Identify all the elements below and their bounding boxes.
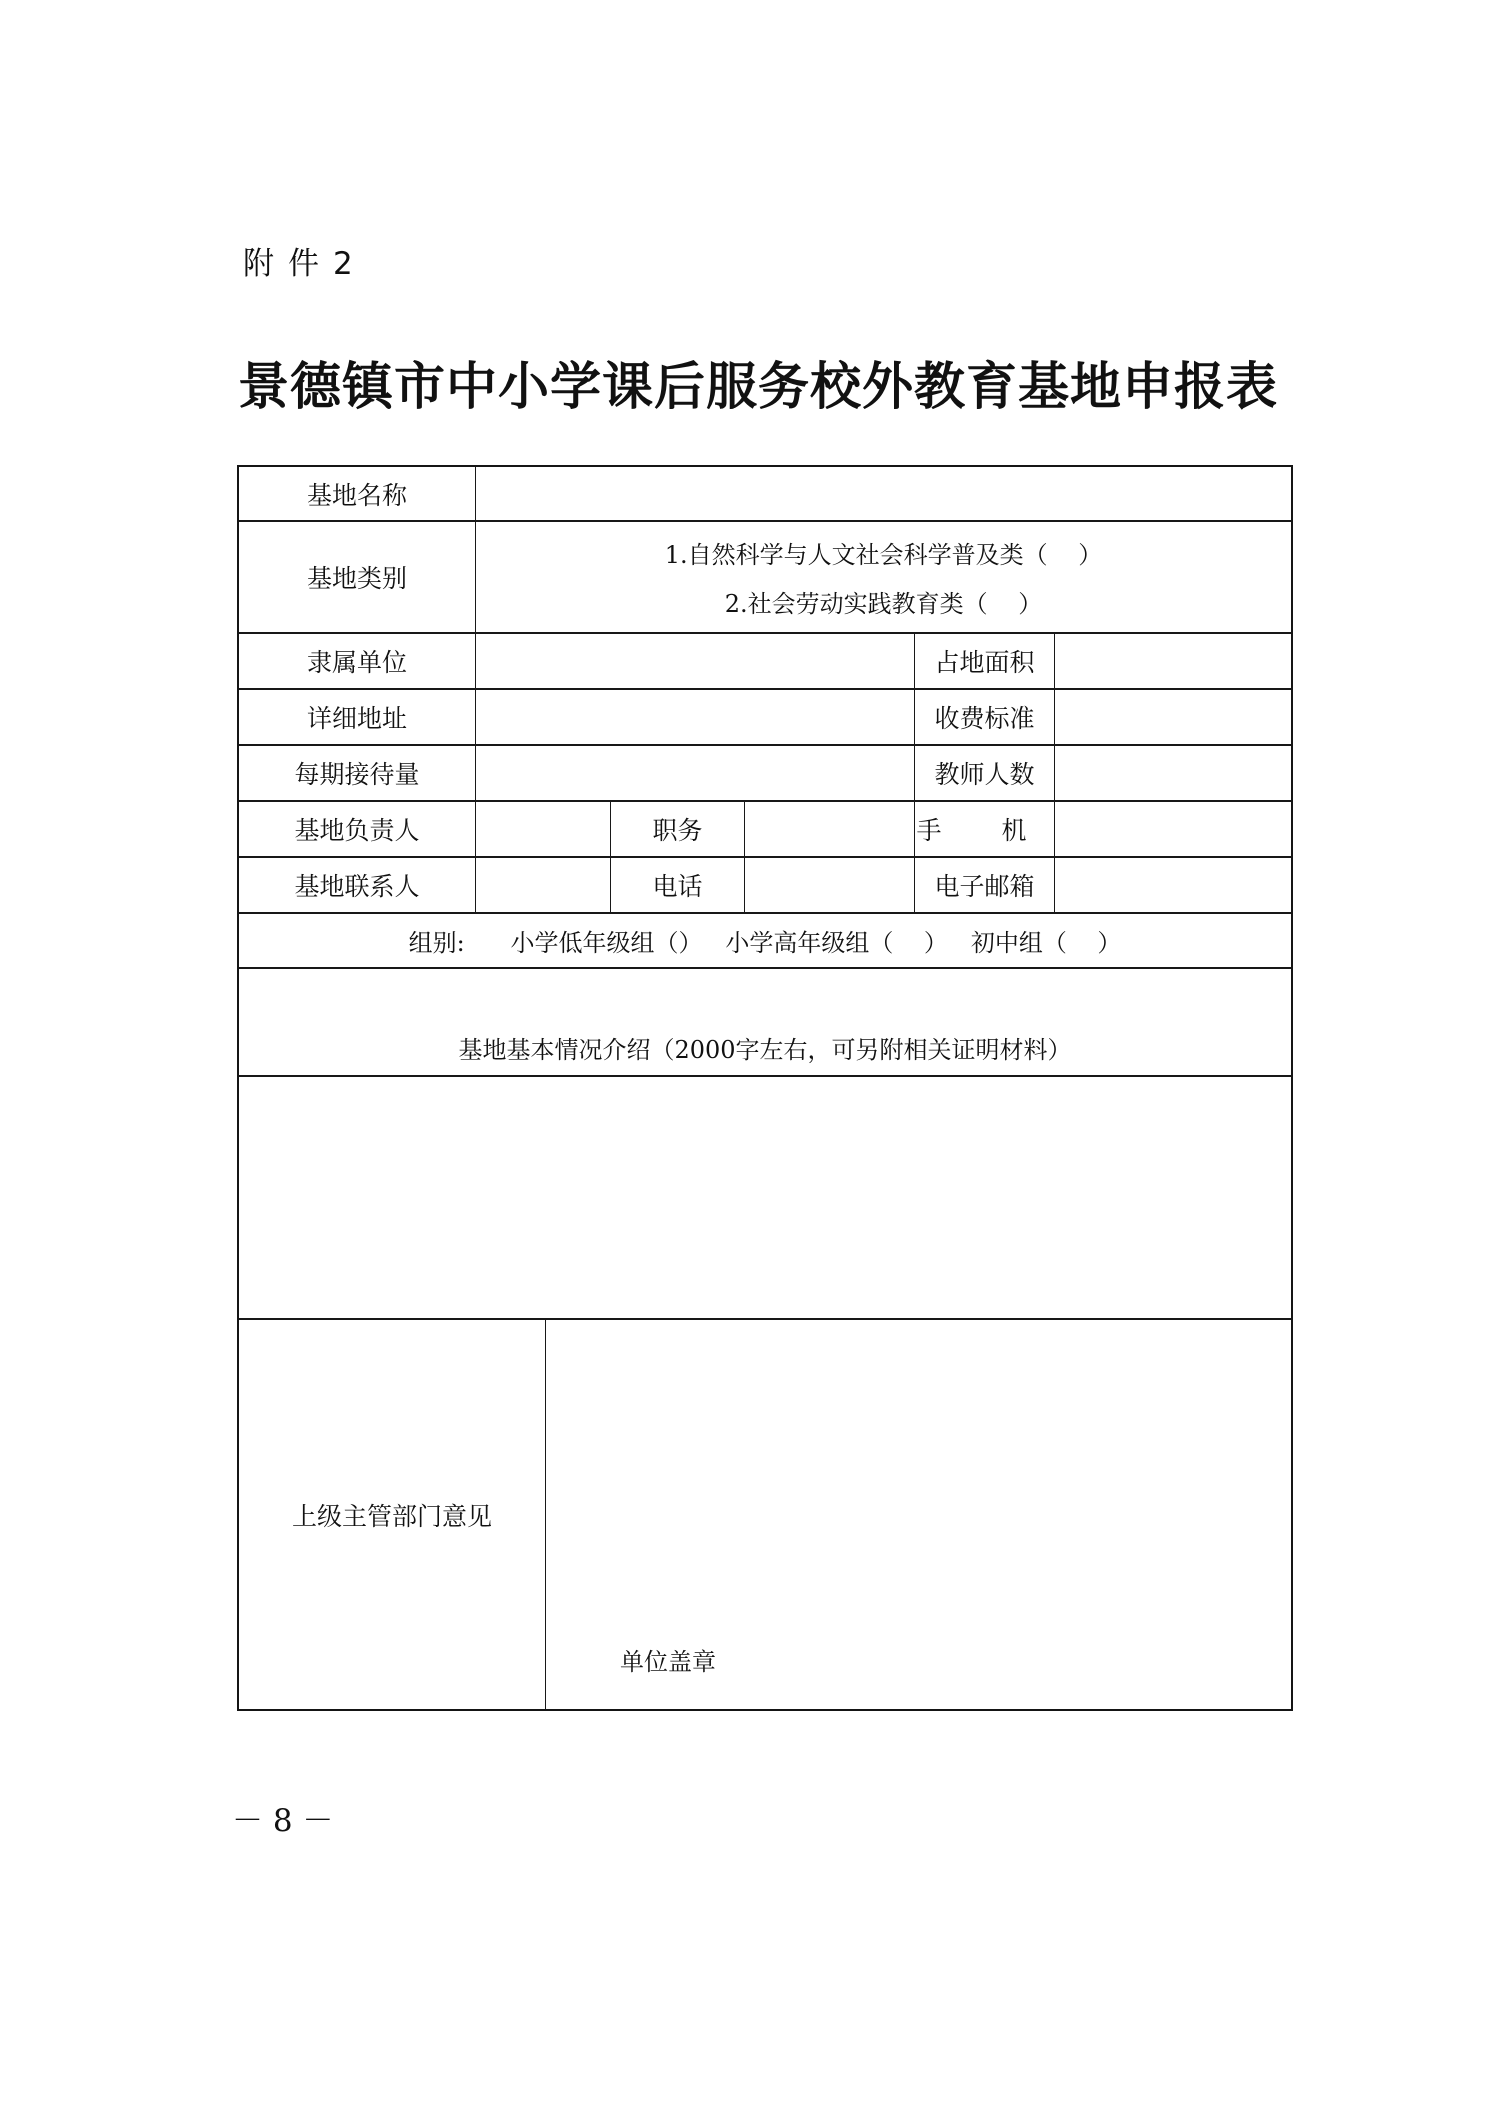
category-option-1[interactable]: 1.自然科学与人文社会科学普及类（ ） (665, 535, 1102, 570)
teacher-count-field[interactable] (1055, 746, 1291, 800)
supervisor-opinion-label: 上级主管部门意见 (239, 1320, 546, 1709)
intro-label: 基地基本情况介绍（2000字左右，可另附相关证明材料） (239, 969, 1291, 1075)
page-number: － 8 － (232, 1795, 333, 1840)
phone-field[interactable] (745, 858, 915, 912)
row-intro-header: 基地基本情况介绍（2000字左右，可另附相关证明材料） (239, 969, 1291, 1077)
application-form-table: 基地名称 基地类别 1.自然科学与人文社会科学普及类（ ） 2.社会劳动实践教育… (237, 465, 1293, 1711)
row-base-leader: 基地负责人 职务 手 机 (239, 802, 1291, 858)
row-group: 组别: 小学低年级组（） 小学高年级组（ ） 初中组（ ） (239, 914, 1291, 969)
detailed-address-label: 详细地址 (239, 690, 476, 744)
fee-standard-field[interactable] (1055, 690, 1291, 744)
mobile-field[interactable] (1055, 802, 1291, 856)
affiliated-unit-label: 隶属单位 (239, 634, 476, 688)
page-title: 景德镇市中小学课后服务校外教育基地申报表 (238, 345, 1298, 419)
attachment-label: 附件2 (243, 238, 367, 283)
intro-field[interactable] (239, 1077, 1291, 1318)
affiliated-unit-field[interactable] (476, 634, 915, 688)
phone-label: 电话 (611, 858, 745, 912)
row-detailed-address: 详细地址 收费标准 (239, 690, 1291, 746)
row-reception: 每期接待量 教师人数 (239, 746, 1291, 802)
base-leader-label: 基地负责人 (239, 802, 476, 856)
row-base-name: 基地名称 (239, 467, 1291, 522)
mobile-label: 手 机 (915, 802, 1055, 856)
teacher-count-label: 教师人数 (915, 746, 1055, 800)
row-base-contact: 基地联系人 电话 电子邮箱 (239, 858, 1291, 914)
base-category-field[interactable]: 1.自然科学与人文社会科学普及类（ ） 2.社会劳动实践教育类（ ） (476, 522, 1291, 632)
group-option-lower-primary[interactable]: 小学低年级组（） (511, 923, 703, 958)
row-supervisor-opinion: 上级主管部门意见 (239, 1320, 1291, 1709)
base-category-label: 基地类别 (239, 522, 476, 632)
group-option-upper-primary[interactable]: 小学高年级组（ ） (725, 923, 948, 958)
base-name-field[interactable] (476, 467, 1291, 520)
fee-standard-label: 收费标准 (915, 690, 1055, 744)
land-area-label: 占地面积 (915, 634, 1055, 688)
base-leader-field[interactable] (476, 802, 611, 856)
reception-field[interactable] (476, 746, 915, 800)
group-label: 组别: (409, 923, 465, 958)
base-contact-label: 基地联系人 (239, 858, 476, 912)
row-affiliated-unit: 隶属单位 占地面积 (239, 634, 1291, 690)
row-base-category: 基地类别 1.自然科学与人文社会科学普及类（ ） 2.社会劳动实践教育类（ ） (239, 522, 1291, 634)
reception-label: 每期接待量 (239, 746, 476, 800)
position-label: 职务 (611, 802, 745, 856)
category-option-2[interactable]: 2.社会劳动实践教育类（ ） (725, 584, 1042, 619)
email-label: 电子邮箱 (915, 858, 1055, 912)
group-field[interactable]: 组别: 小学低年级组（） 小学高年级组（ ） 初中组（ ） (239, 914, 1291, 967)
row-intro-content (239, 1077, 1291, 1320)
base-name-label: 基地名称 (239, 467, 476, 520)
group-option-junior-high[interactable]: 初中组（ ） (971, 923, 1122, 958)
detailed-address-field[interactable] (476, 690, 915, 744)
unit-stamp-label: 单位盖章 (620, 1642, 716, 1677)
mobile-label-text: 手 机 (917, 811, 1053, 847)
email-field[interactable] (1055, 858, 1291, 912)
base-contact-field[interactable] (476, 858, 611, 912)
position-field[interactable] (745, 802, 915, 856)
land-area-field[interactable] (1055, 634, 1291, 688)
